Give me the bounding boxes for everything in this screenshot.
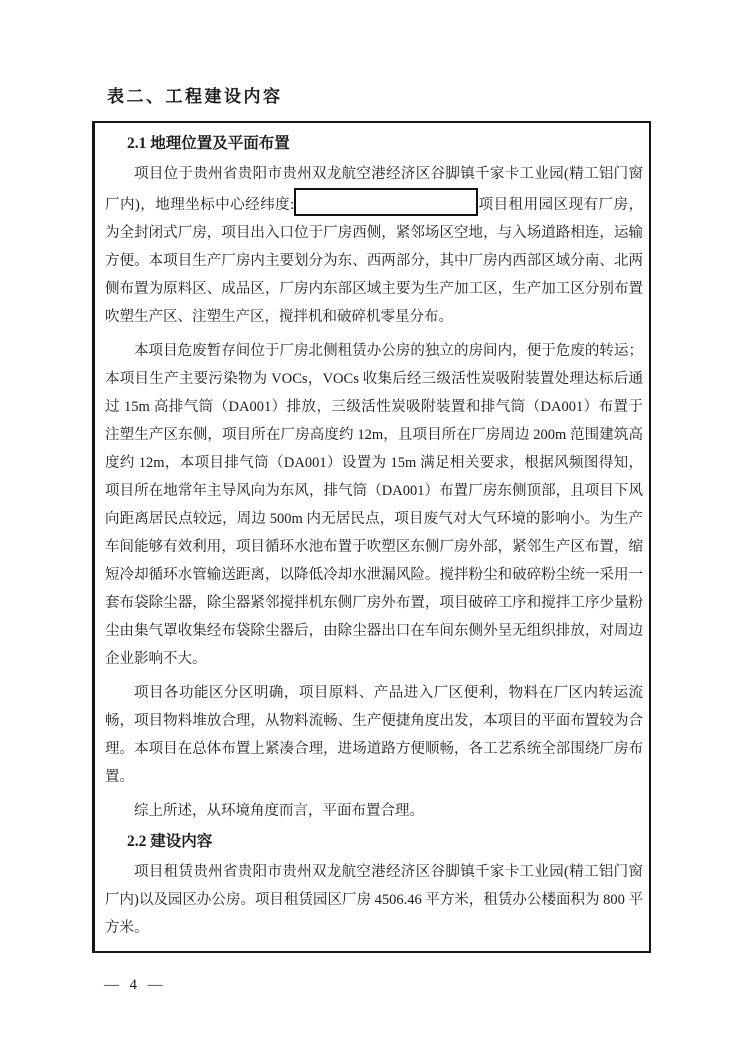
paragraph-location-layout: 项目位于贵州省贵阳市贵州双龙航空港经济区谷脚镇千家卡工业园(精工铝门窗厂内)，地…	[105, 160, 643, 331]
table-content-box: 2.1 地理位置及平面布置 项目位于贵州省贵阳市贵州双龙航空港经济区谷脚镇千家卡…	[92, 121, 651, 953]
page-number: — 4 —	[104, 977, 164, 994]
section-heading-2-1: 2.1 地理位置及平面布置	[127, 133, 643, 154]
paragraph-functional-zones: 项目各功能区分区明确，项目原料、产品进入厂区便利，物料在厂区内转运流畅，项目物料…	[105, 679, 643, 791]
paragraph-text-after-redaction: 项目租用园区现有厂房，为全封闭式厂房，项目出入口位于厂房西侧，紧邻场区空地，与入…	[105, 197, 643, 325]
section-heading-2-2: 2.2 建设内容	[127, 831, 643, 852]
redacted-coordinates-box	[294, 188, 478, 216]
paragraph-conclusion: 综上所述，从环境角度而言，平面布置合理。	[105, 797, 643, 825]
paragraph-hazwaste-voc-stack: 本项目危废暂存间位于厂房北侧租赁办公房的独立的房间内，便于危废的转运；本项目生产…	[105, 337, 643, 673]
document-table-title: 表二、工程建设内容	[107, 82, 283, 107]
paragraph-construction-content: 项目租赁贵州省贵阳市贵州双龙航空港经济区谷脚镇千家卡工业园(精工铝门窗厂内)以及…	[105, 858, 643, 942]
